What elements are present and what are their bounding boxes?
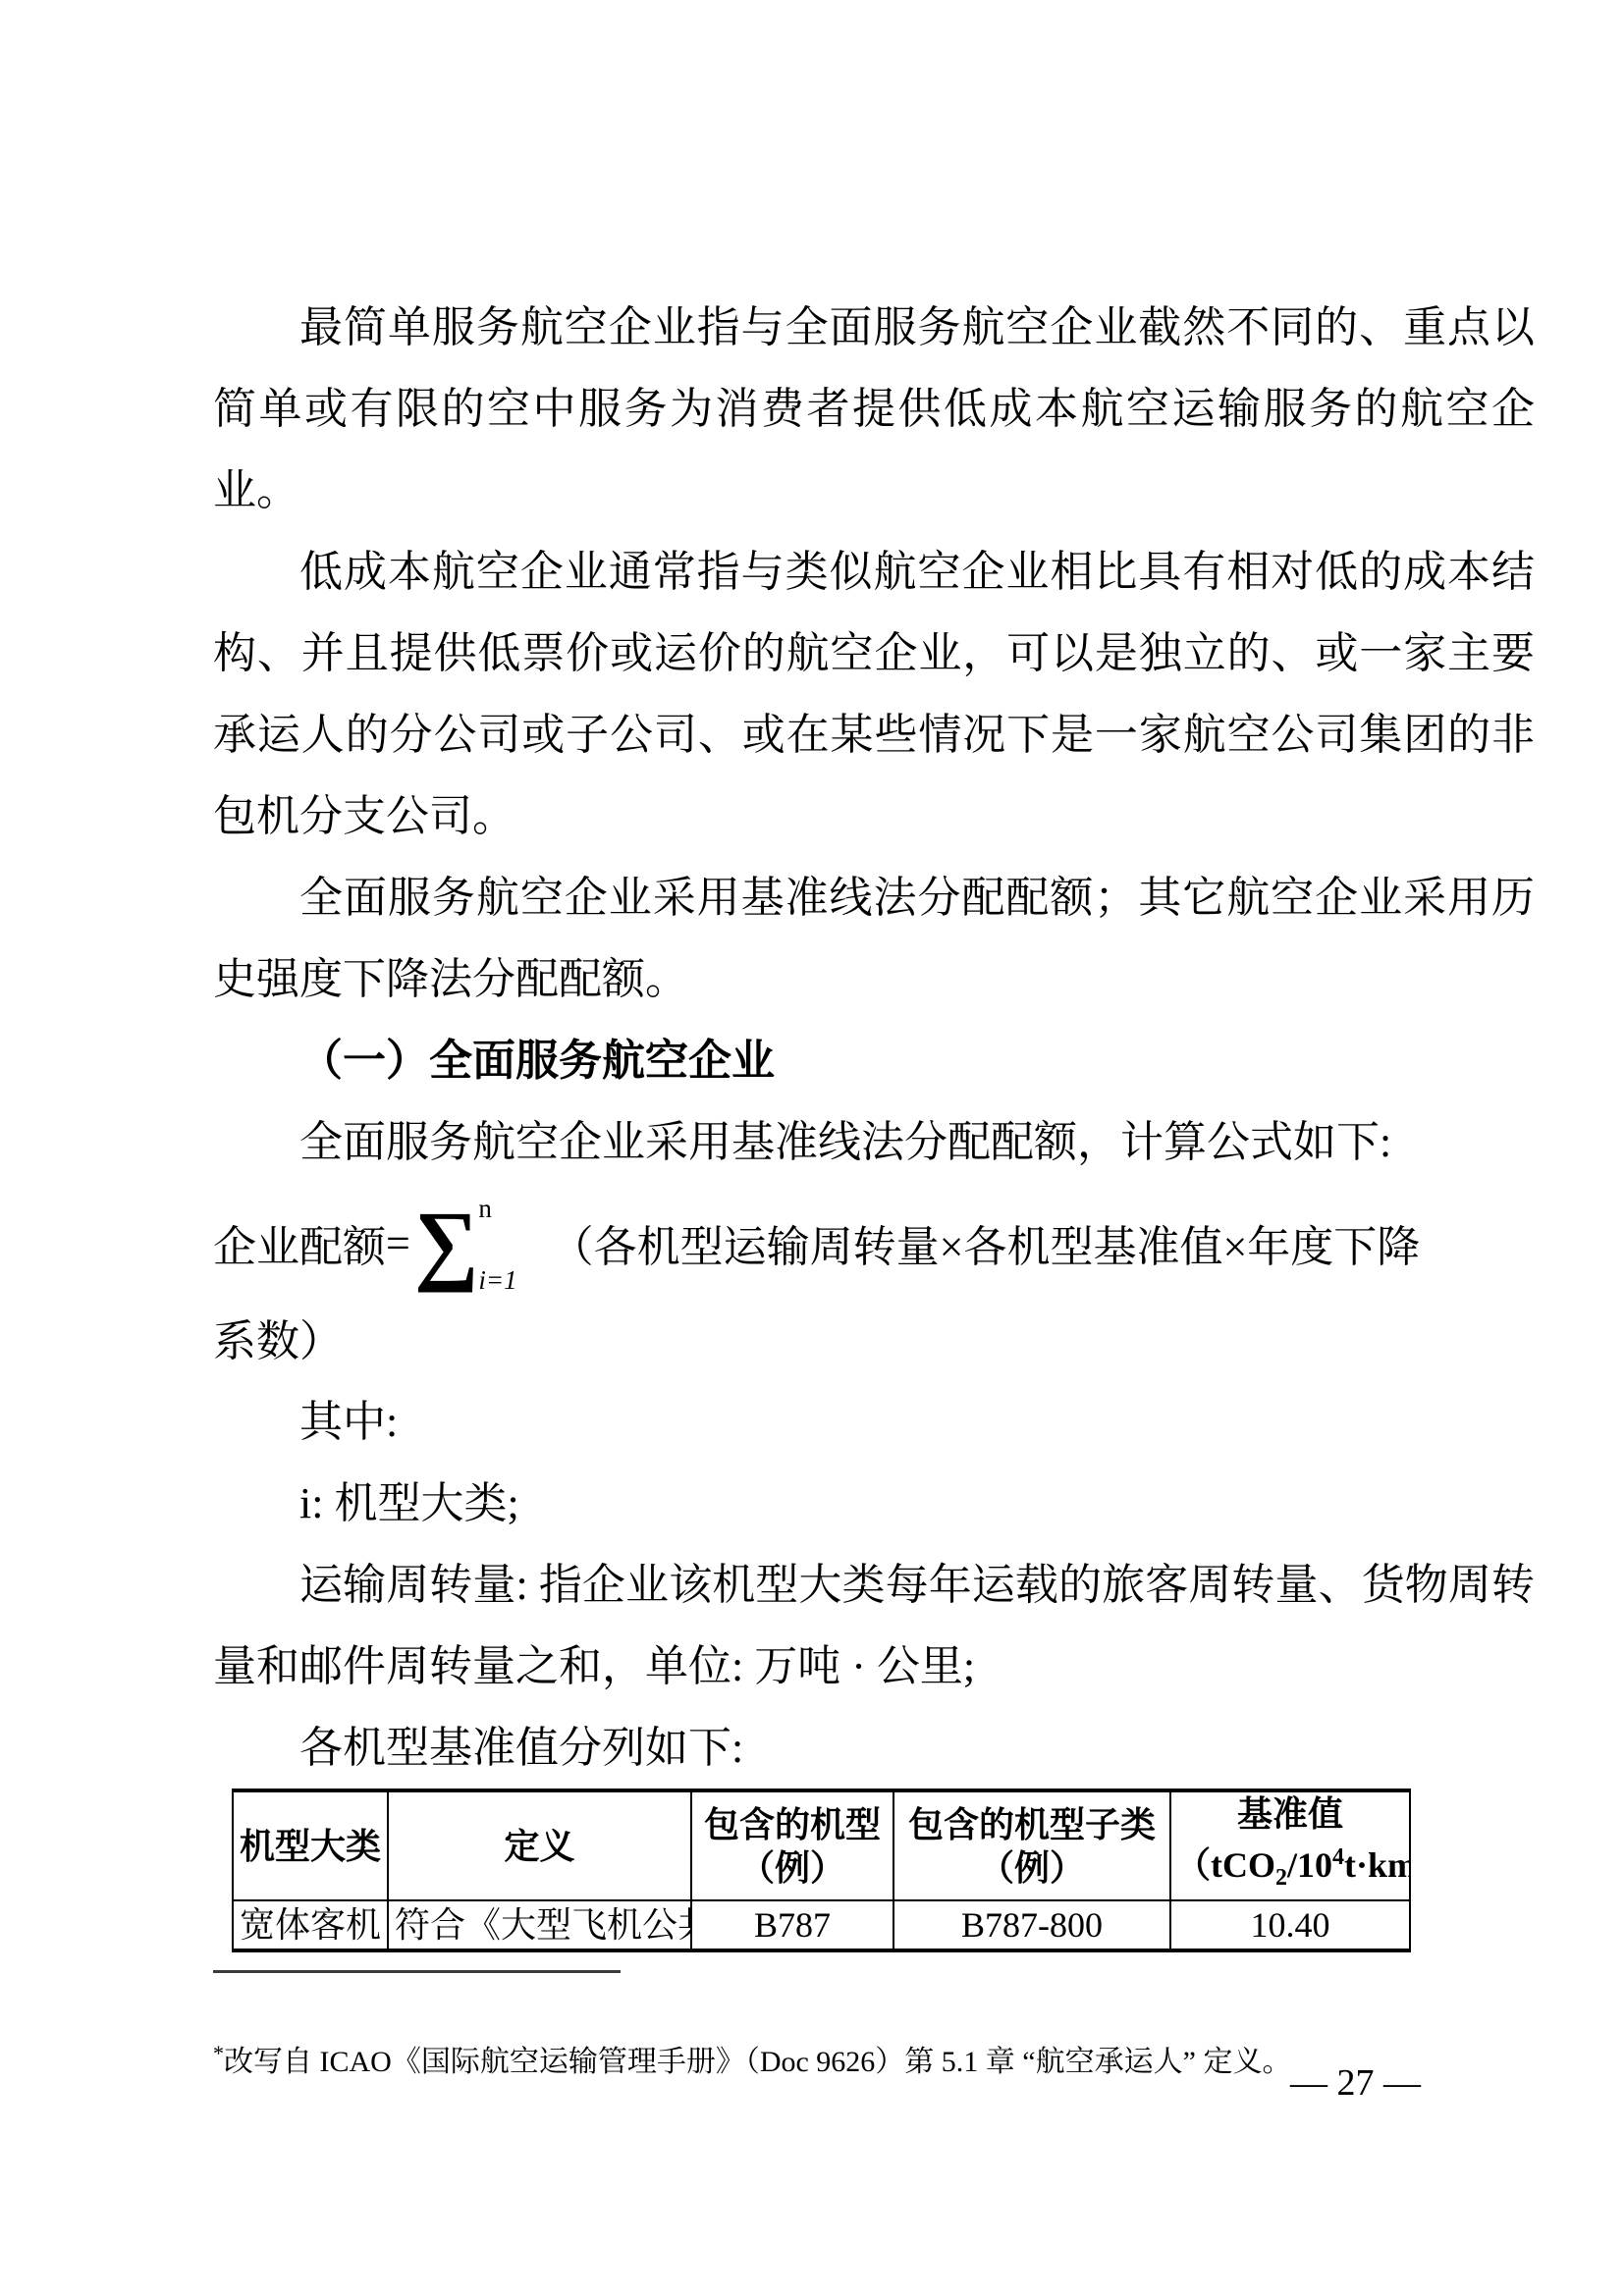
section-heading-full-service: （一）全面服务航空企业	[213, 1020, 1535, 1101]
footnote-divider	[213, 1970, 621, 1973]
table-header-included-types: 包含的机型 （例）	[691, 1790, 893, 1900]
benchmark-header-unit: （tCO2/104t·km）	[1175, 1845, 1410, 1885]
cell-aircraft-class: 宽体客机	[233, 1900, 388, 1950]
cell-included-subtype: B787-800	[893, 1900, 1170, 1950]
paragraph-lcc-definition-1: 最简单服务航空企业指与全面服务航空企业截然不同的、重点以简单或有限的空中服务为消…	[213, 287, 1535, 531]
table-header-benchmark-value: 基准值（tCO2/104t·km）	[1170, 1790, 1410, 1900]
sigma-limits: ni=1	[478, 1192, 516, 1294]
table-header-included-subtypes: 包含的机型子类 （例）	[893, 1790, 1170, 1900]
equals-sign: =	[386, 1218, 410, 1268]
formula-lhs: 企业配额	[213, 1211, 386, 1274]
benchmark-table: 机型大类 定义 包含的机型 （例） 包含的机型子类 （例） 基准值（tCO2/1…	[232, 1789, 1411, 1952]
sigma-symbol: ∑	[414, 1204, 479, 1281]
paragraph-formula-intro: 全面服务航空企业采用基准线法分配配额，计算公式如下:	[213, 1101, 1535, 1183]
paragraph-lcc-definition-2: 低成本航空企业通常指与类似航空企业相比具有相对低的成本结构、并且提供低票价或运价…	[213, 531, 1535, 857]
page-content: 最简单服务航空企业指与全面服务航空企业截然不同的、重点以简单或有限的空中服务为消…	[213, 287, 1535, 1952]
sigma-lower-limit: i=1	[478, 1267, 516, 1294]
sigma-upper-limit: n	[478, 1196, 516, 1222]
formula-rhs-line2: 系数）	[213, 1303, 1535, 1381]
page-number: — 27 —	[1290, 2061, 1421, 2105]
footnote: *改写自 ICAO《国际航空运输管理手册》（Doc 9626）第 5.1 章 “…	[213, 2032, 1391, 2084]
cell-included-type: B787	[691, 1900, 893, 1950]
benchmark-header-title: 基准值	[1237, 1794, 1343, 1834]
benchmark-list-intro: 各机型基准值分列如下:	[213, 1707, 1535, 1789]
benchmark-table-header-row: 机型大类 定义 包含的机型 （例） 包含的机型子类 （例） 基准值（tCO2/1…	[233, 1790, 1410, 1900]
where-label: 其中:	[213, 1381, 1535, 1463]
quota-formula: 企业配额=∑ni=1（各机型运输周转量×各机型基准值×年度下降 系数）	[213, 1183, 1535, 1381]
quota-formula-line1: 企业配额=∑ni=1（各机型运输周转量×各机型基准值×年度下降	[213, 1183, 1535, 1303]
table-row-widebody: 宽体客机 符合《大型飞机公共 B787 B787-800 10.40	[233, 1900, 1410, 1950]
table-header-definition: 定义	[388, 1790, 691, 1900]
paragraph-allocation-methods: 全面服务航空企业采用基准线法分配配额；其它航空企业采用历史强度下降法分配配额。	[213, 857, 1535, 1020]
cell-definition: 符合《大型飞机公共	[388, 1900, 691, 1950]
formula-rhs-line1: （各机型运输周转量×各机型基准值×年度下降	[551, 1211, 1421, 1274]
definition-i: i: 机型大类;	[213, 1463, 1535, 1544]
cell-benchmark-value: 10.40	[1170, 1900, 1410, 1950]
footnote-marker: *	[213, 2041, 224, 2065]
document-page: 最简单服务航空企业指与全面服务航空企业截然不同的、重点以简单或有限的空中服务为消…	[0, 0, 1624, 2296]
definition-turnover: 运输周转量: 指企业该机型大类每年运载的旅客周转量、货物周转量和邮件周转量之和，…	[213, 1544, 1535, 1707]
table-header-aircraft-class: 机型大类	[233, 1790, 388, 1900]
footnote-text: 改写自 ICAO《国际航空运输管理手册》（Doc 9626）第 5.1 章 “航…	[224, 2046, 1291, 2078]
